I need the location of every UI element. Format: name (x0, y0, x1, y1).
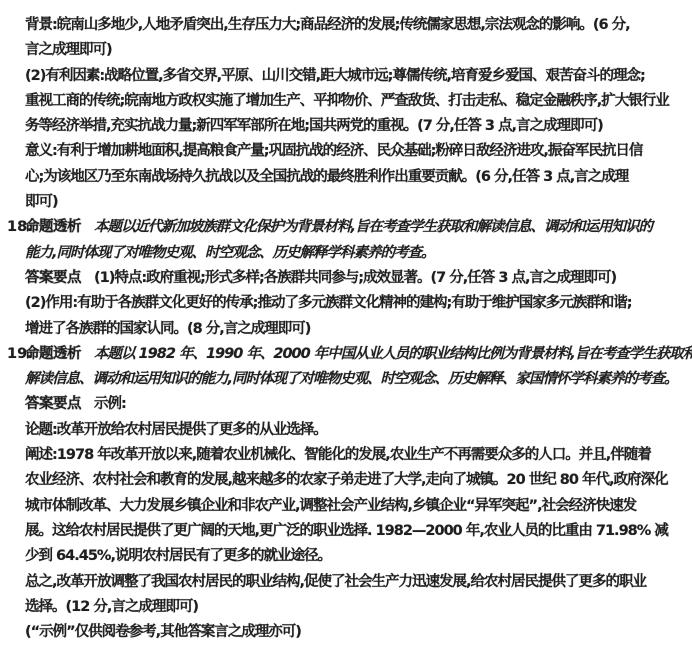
text-segment: 能力,同时体现了对唯物史观、时空观念、历史解释学科素养的考查。 (25, 245, 435, 261)
text-line: 答案要点示例: (25, 392, 688, 417)
question-number: 19. (7, 342, 33, 367)
text-line: 务等经济举措,充实抗战力量;新四军军部所在地;国共两党的重视。(7 分,任答 3… (25, 114, 688, 139)
text-segment: 阐述:1978 年改革开放以来,随着农业机械化、智能化的发展,农业生产不再需要众… (25, 447, 651, 463)
text-line: (2)有利因素:战略位置,多省交界,平原、山川交错,距大城市远;尊儒传统,培育爱… (25, 64, 688, 89)
text-segment: 解读信息、调动和运用知识的能力,同时体现了对唯物史观、时空观念、历史解释、家国情… (25, 371, 678, 387)
section-label: 答案要点 (25, 396, 81, 412)
text-segment: (1)特点:政府重视;形式多样;各族群共同参与;成效显著。(7 分,任答 3 点… (94, 270, 616, 286)
section-label: 命题透析 (25, 346, 81, 362)
text-segment: 即可) (25, 194, 58, 210)
text-segment: (“示例”仅供阅卷参考,其他答案言之成理亦可) (25, 624, 301, 640)
text-segment: 城市体制改革、大力发展乡镇企业和非农产业,调整社会产业结构,乡镇企业“异军突起”… (25, 498, 636, 514)
text-segment: (2)有利因素:战略位置,多省交界,平原、山川交错,距大城市远;尊儒传统,培育爱… (25, 68, 645, 84)
text-segment: 意义:有利于增加耕地面积,提高粮食产量;巩固抗战的经济、民众基础;粉碎日敌经济进… (25, 143, 642, 159)
text-line: 展。这给农村居民提供了更广阔的天地,更广泛的职业选择. 1982—2000 年,… (25, 519, 688, 544)
text-line: 重视工商的传统;皖南地方政权实施了增加生产、平抑物价、严查敌货、打击走私、稳定金… (25, 89, 688, 114)
text-line: 解读信息、调动和运用知识的能力,同时体现了对唯物史观、时空观念、历史解释、家国情… (25, 367, 688, 392)
scanned-answer-key-page: 背景:皖南山多地少,人地矛盾突出,生存压力大;商品经济的发展;传统儒家思想,宗法… (0, 0, 692, 648)
text-line: 18. 命题透析本题以近代新加坡族群文化保护为背景材料,旨在考查学生获取和解读信… (25, 215, 688, 240)
text-line: 答案要点(1)特点:政府重视;形式多样;各族群共同参与;成效显著。(7 分,任答… (25, 266, 688, 291)
text-segment: 示例: (94, 396, 126, 412)
text-line: 言之成理即可) (25, 38, 688, 63)
text-line: 19. 命题透析本题以 1982 年、1990 年、2000 年中国从业人员的职… (25, 342, 688, 367)
text-line: (2)作用:有助于各族群文化更好的传承;推动了多元族群文化精神的建构;有助于维护… (25, 291, 688, 316)
text-segment: 增进了各族群的国家认同。(8 分,言之成理即可) (25, 321, 310, 337)
text-line: 阐述:1978 年改革开放以来,随着农业机械化、智能化的发展,农业生产不再需要众… (25, 443, 688, 468)
text-line: 论题:改革开放给农村居民提供了更多的从业选择。 (25, 418, 688, 443)
text-line: 城市体制改革、大力发展乡镇企业和非农产业,调整社会产业结构,乡镇企业“异军突起”… (25, 494, 688, 519)
section-label: 命题透析 (25, 219, 81, 235)
text-segment: 务等经济举措,充实抗战力量;新四军军部所在地;国共两党的重视。(7 分,任答 3… (25, 118, 603, 134)
text-segment: 总之,改革开放调整了我国农村居民的职业结构,促使了社会生产力迅速发展,给农村居民… (25, 574, 646, 590)
text-segment: 本题以 1982 年、1990 年、2000 年中国从业人员的职业结构比例为背景… (94, 346, 692, 362)
text-line: (“示例”仅供阅卷参考,其他答案言之成理亦可) (25, 620, 688, 645)
text-line: 总之,改革开放调整了我国农村居民的职业结构,促使了社会生产力迅速发展,给农村居民… (25, 570, 688, 595)
text-line: 即可) (25, 190, 688, 215)
text-line: 背景:皖南山多地少,人地矛盾突出,生存压力大;商品经济的发展;传统儒家思想,宗法… (25, 13, 688, 38)
text-segment: 心;为该地区乃至东南战场持久抗战以及全国抗战的最终胜利作出重要贡献。(6 分,任… (25, 169, 628, 185)
text-line: 能力,同时体现了对唯物史观、时空观念、历史解释学科素养的考查。 (25, 241, 688, 266)
text-segment: 展。这给农村居民提供了更广阔的天地,更广泛的职业选择. 1982—2000 年,… (25, 523, 668, 539)
section-label: 答案要点 (25, 270, 81, 286)
text-line: 心;为该地区乃至东南战场持久抗战以及全国抗战的最终胜利作出重要贡献。(6 分,任… (25, 165, 688, 190)
text-segment: 论题:改革开放给农村居民提供了更多的从业选择。 (25, 422, 327, 438)
text-segment: 言之成理即可) (25, 42, 112, 58)
text-segment: 农业经济、农村社会和教育的发展,越来越多的农家子弟走进了大学,走向了城镇。20 … (25, 472, 668, 488)
text-line: 农业经济、农村社会和教育的发展,越来越多的农家子弟走进了大学,走向了城镇。20 … (25, 468, 688, 493)
answer-key-text-block: 背景:皖南山多地少,人地矛盾突出,生存压力大;商品经济的发展;传统儒家思想,宗法… (25, 13, 688, 645)
text-segment: 本题以近代新加坡族群文化保护为背景材料,旨在考查学生获取和解读信息、调动和运用知… (94, 219, 652, 235)
text-line: 少到 64.45%,说明农村居民有了更多的就业途径。 (25, 544, 688, 569)
text-segment: 选择。(12 分,言之成理即可) (25, 599, 198, 615)
question-number: 18. (7, 215, 33, 240)
text-segment: 背景:皖南山多地少,人地矛盾突出,生存压力大;商品经济的发展;传统儒家思想,宗法… (25, 17, 630, 33)
text-line: 选择。(12 分,言之成理即可) (25, 595, 688, 620)
text-segment: 少到 64.45%,说明农村居民有了更多的就业途径。 (25, 548, 331, 564)
text-segment: 重视工商的传统;皖南地方政权实施了增加生产、平抑物价、严查敌货、打击走私、稳定金… (25, 93, 669, 109)
text-segment: (2)作用:有助于各族群文化更好的传承;推动了多元族群文化精神的建构;有助于维护… (25, 295, 632, 311)
text-line: 增进了各族群的国家认同。(8 分,言之成理即可) (25, 317, 688, 342)
text-line: 意义:有利于增加耕地面积,提高粮食产量;巩固抗战的经济、民众基础;粉碎日敌经济进… (25, 139, 688, 164)
